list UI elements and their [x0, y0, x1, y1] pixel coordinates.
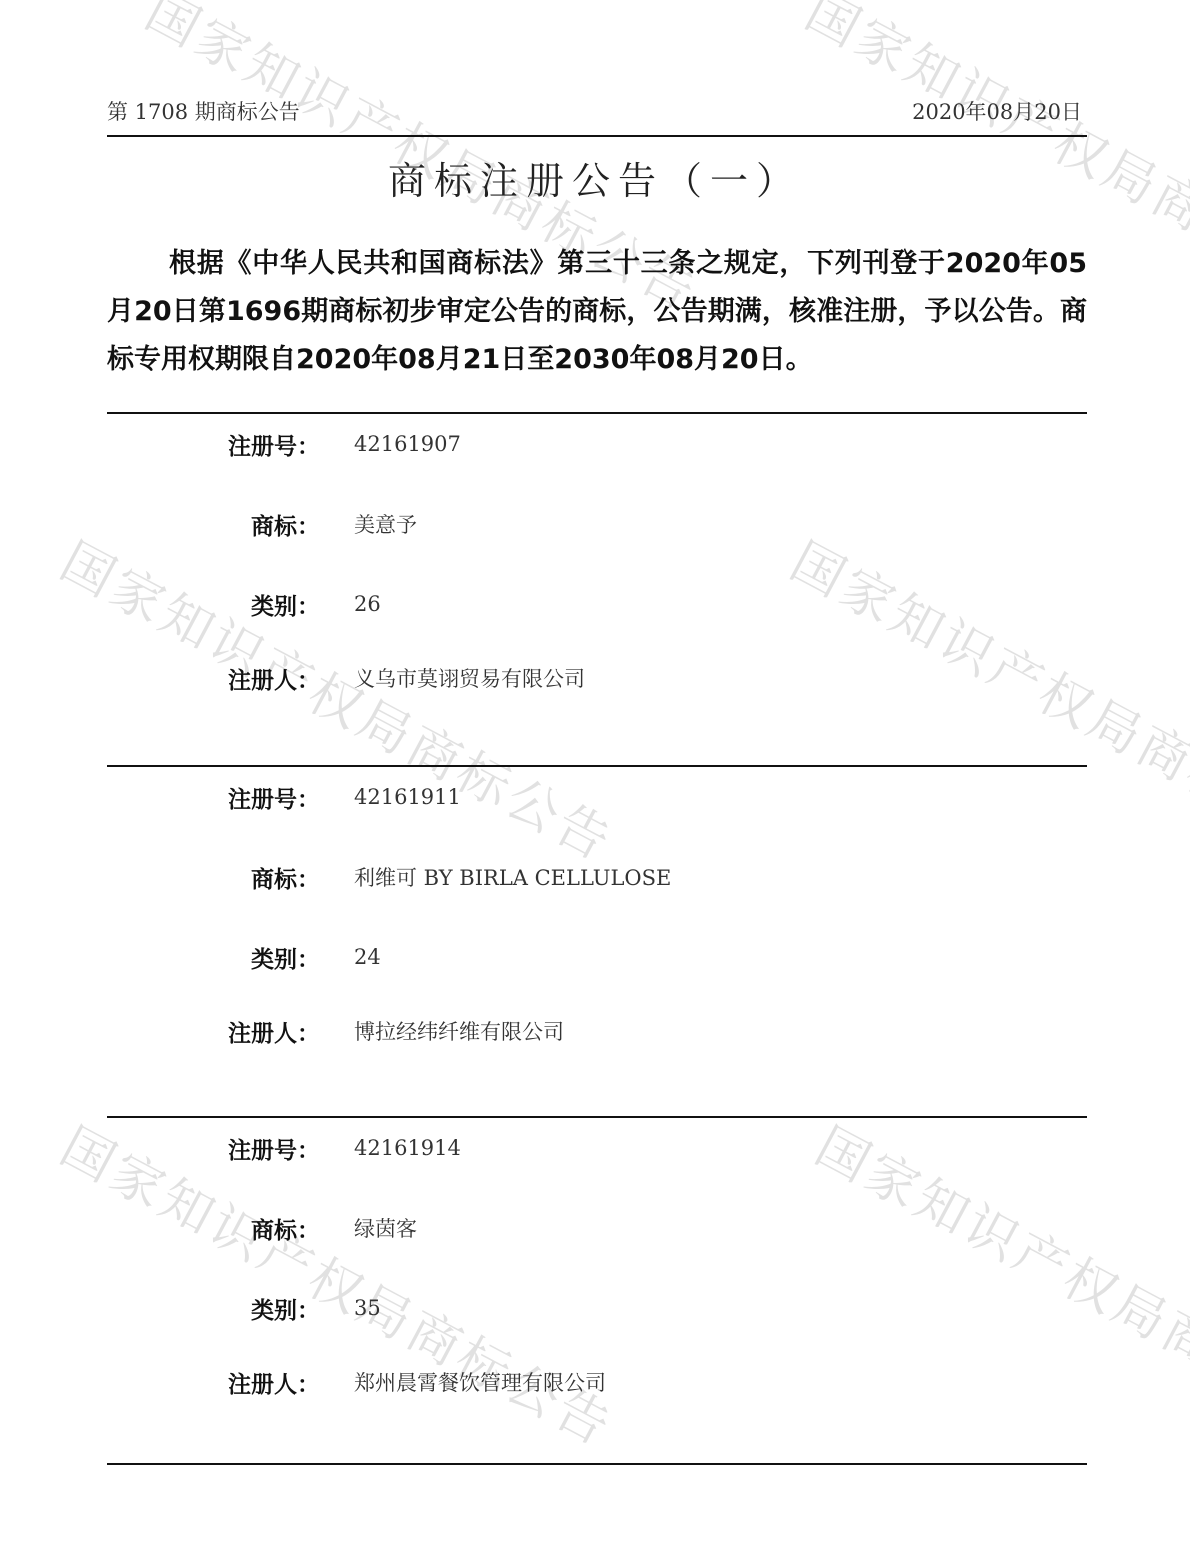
mark-value: 绿茵客 — [354, 1213, 417, 1243]
intro-paragraph: 根据《中华人民共和国商标法》第三十三条之规定，下列刊登于2020年05月20日第… — [107, 240, 1087, 384]
registrant-value: 郑州晨霄餐饮管理有限公司 — [354, 1367, 606, 1397]
watermark: 国家知识产权局商标公告 — [780, 520, 1190, 875]
entry-divider — [107, 412, 1087, 414]
watermark: 国家知识产权局商标公告 — [50, 520, 629, 875]
class-label: 类别： — [0, 941, 320, 974]
mark-label: 商标： — [0, 1212, 320, 1245]
watermark: 国家知识产权局商标公告 — [805, 1105, 1190, 1460]
registrant-label: 注册人： — [0, 662, 320, 695]
issue-date: 2020年08月20日 — [912, 96, 1082, 126]
entry-divider — [107, 1463, 1087, 1465]
reg-no-value: 42161907 — [354, 432, 461, 456]
registrant-label: 注册人： — [0, 1366, 320, 1399]
entry-divider — [107, 765, 1087, 767]
page-title: 商标注册公告（一） — [0, 150, 1190, 205]
class-label: 类别： — [0, 588, 320, 621]
class-label: 类别： — [0, 1292, 320, 1325]
entry-divider — [107, 1116, 1087, 1118]
reg-no-value: 42161914 — [354, 1136, 461, 1160]
class-value: 26 — [354, 592, 381, 616]
reg-no-label: 注册号： — [0, 781, 320, 814]
class-value: 24 — [354, 945, 381, 969]
class-value: 35 — [354, 1296, 381, 1320]
registrant-label: 注册人： — [0, 1015, 320, 1048]
reg-no-label: 注册号： — [0, 428, 320, 461]
mark-label: 商标： — [0, 861, 320, 894]
reg-no-label: 注册号： — [0, 1132, 320, 1165]
reg-no-value: 42161911 — [354, 785, 461, 809]
issue-number: 第 1708 期商标公告 — [107, 96, 300, 126]
mark-value: 美意予 — [354, 509, 417, 539]
header-divider — [107, 135, 1087, 137]
mark-label: 商标： — [0, 508, 320, 541]
registrant-value: 博拉经纬纤维有限公司 — [354, 1016, 564, 1046]
registrant-value: 义乌市莫诩贸易有限公司 — [354, 663, 585, 693]
mark-value: 利维可 BY BIRLA CELLULOSE — [354, 862, 671, 892]
